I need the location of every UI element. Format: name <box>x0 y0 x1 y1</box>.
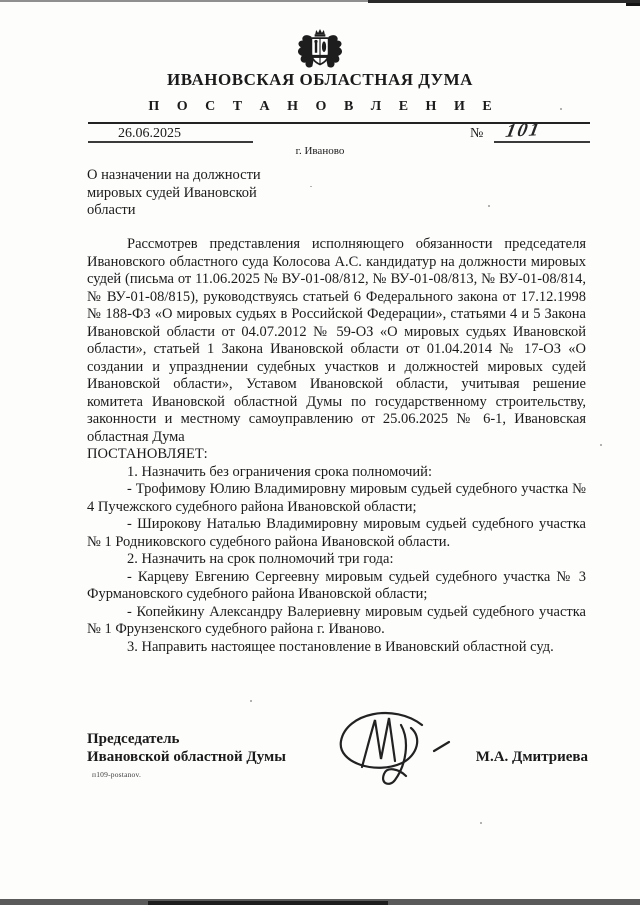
number-underline <box>494 141 590 143</box>
scan-artifact-bottom-dark <box>148 901 388 905</box>
paragraph-item-3: 3. Направить настоящее постановление в И… <box>87 639 586 657</box>
handwritten-signature-icon <box>322 705 454 800</box>
paragraph-preamble: Рассмотрев представления исполняющего об… <box>87 236 586 446</box>
paragraph-item-2-1: - Карцеву Евгению Сергеевну мировым судь… <box>87 569 586 604</box>
document-city: г. Иваново <box>0 145 640 157</box>
paragraph-item-1-2: - Широкову Наталью Владимировну мировым … <box>87 516 586 551</box>
document-type-title: П О С Т А Н О В Л Е Н И Е <box>0 99 640 115</box>
document-subject: О назначении на должности мировых судей … <box>87 167 317 220</box>
paragraph-item-1-1: - Трофимову Юлию Владимировну мировым су… <box>87 481 586 516</box>
date-underline <box>88 141 253 143</box>
document-number-label: № <box>470 126 483 142</box>
scanned-document-page: ИВАНОВСКАЯ ОБЛАСТНАЯ ДУМА П О С Т А Н О … <box>0 0 640 905</box>
paragraph-item-2: 2. Назначить на срок полномочий три года… <box>87 551 586 569</box>
signature-block: Председатель Ивановской областной Думы М… <box>0 727 640 807</box>
scan-artifact-corner <box>626 3 640 6</box>
scan-artifact-top-dark <box>368 0 640 3</box>
document-date: 26.06.2025 <box>118 126 181 142</box>
footer-file-note: п109-postanov. <box>92 770 141 779</box>
paragraph-item-2-2: - Копейкину Александру Валериевну мировы… <box>87 604 586 639</box>
paragraph-resolves: ПОСТАНОВЛЯЕТ: <box>87 446 586 464</box>
organization-title: ИВАНОВСКАЯ ОБЛАСТНАЯ ДУМА <box>0 70 640 90</box>
document-body: Рассмотрев представления исполняющего об… <box>87 236 586 656</box>
paragraph-item-1: 1. Назначить без ограничения срока полно… <box>87 464 586 482</box>
document-number-handwritten: 101 <box>504 119 543 143</box>
signer-name: М.А. Дмитриева <box>476 749 588 766</box>
signer-position: Председатель Ивановской областной Думы <box>87 730 286 766</box>
